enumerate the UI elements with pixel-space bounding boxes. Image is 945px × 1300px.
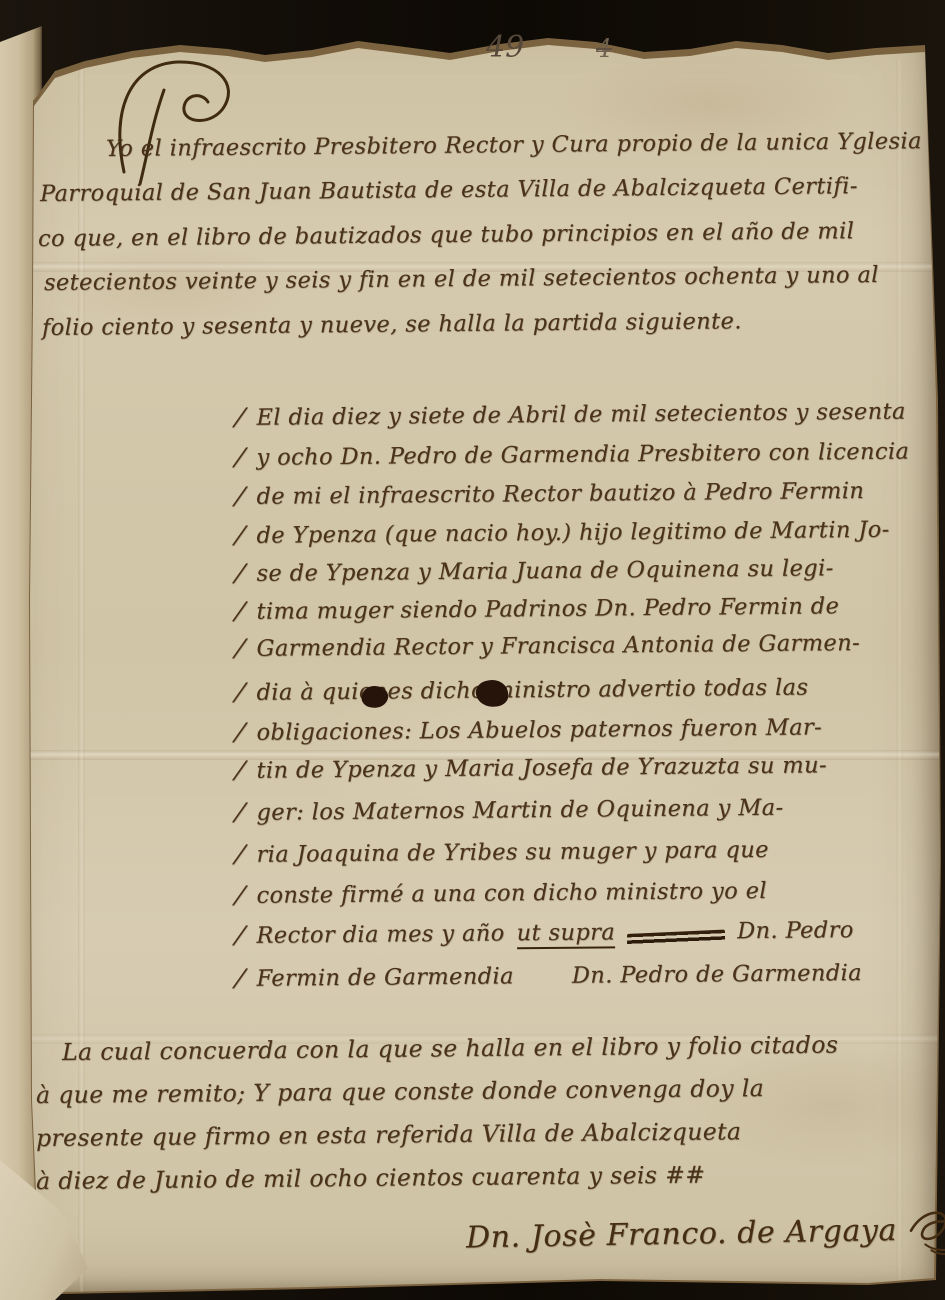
quote-mark: / — [233, 798, 247, 826]
entry-line: /tima muger siendo Padrinos Dn. Pedro Fe… — [236, 591, 840, 625]
entry-line-text: de Ypenza (que nacio hoy.) hijo legitimo… — [256, 517, 889, 549]
entry-line-text: tima muger siendo Padrinos Dn. Pedro Fer… — [256, 593, 839, 625]
entry-line: /se de Ypenza y Maria Juana de Oquinena … — [236, 553, 834, 587]
opening-flourish-paraph — [106, 52, 256, 187]
manuscript-photo: 49 4 Yo el infraescrito Presbitero Recto… — [0, 0, 945, 1300]
entry-line-text: Garmendia Rector y Francisca Antonia de … — [256, 630, 860, 662]
entry-line-text: de mi el infraescrito Rector bautizo à P… — [256, 478, 864, 510]
quote-mark: / — [233, 597, 247, 625]
entry-line: /dia à quienes dicho ministro advertio t… — [236, 673, 809, 706]
entry-signature-right: Dn. Pedro de Garmendia — [572, 960, 862, 989]
ut-supra-underlined: ut supra — [517, 919, 616, 949]
folio-number: 49 — [486, 30, 524, 65]
quote-mark: / — [233, 964, 247, 992]
quote-mark: / — [233, 482, 247, 510]
entry-line-text: tin de Ypenza y Maria Josefa de Yrazuzta… — [256, 752, 827, 783]
quote-mark: / — [233, 881, 247, 909]
entry-line-text: se de Ypenza y Maria Juana de Oquinena s… — [256, 555, 833, 587]
manuscript-line: folio ciento y sesenta y nueve, se halla… — [42, 308, 742, 341]
ink-scratch-dash — [627, 929, 725, 945]
entry-line-text: ger: los Maternos Martin de Oquinena y M… — [256, 795, 783, 826]
entry-line-text: y ocho Dn. Pedro de Garmendia Presbitero… — [256, 439, 909, 471]
quote-mark: / — [233, 921, 247, 949]
quote-mark: / — [233, 443, 247, 471]
entry-line-text: dia à quienes dicho ministro advertio to… — [256, 675, 808, 706]
entry-line-ut-supra: / Rector dia mes y año ut supra Dn. Pedr… — [236, 915, 854, 952]
entry-line-signatures: / Fermin de Garmendia Dn. Pedro de Garme… — [236, 958, 862, 992]
quote-mark: / — [233, 678, 247, 706]
manuscript-line: La cual concuerda con la que se halla en… — [62, 1031, 839, 1066]
entry-line-text: Rector dia mes y año — [256, 920, 504, 948]
entry-line: /y ocho Dn. Pedro de Garmendia Presbiter… — [236, 437, 910, 471]
entry-line-text: conste firmé a una con dicho ministro yo… — [256, 878, 767, 909]
manuscript-line: setecientos veinte y seis y fin en el de… — [44, 262, 879, 296]
entry-line: /conste firmé a una con dicho ministro y… — [236, 876, 767, 909]
manuscript-line: à que me remito; Y para que conste donde… — [36, 1074, 764, 1109]
entry-line: /de Ypenza (que nacio hoy.) hijo legitim… — [236, 515, 890, 549]
manuscript-line: co que, en el libro de bautizados que tu… — [38, 218, 855, 252]
entry-line: /El dia diez y siete de Abril de mil set… — [236, 397, 906, 431]
quote-mark: / — [233, 403, 247, 431]
entry-line: /ger: los Maternos Martin de Oquinena y … — [236, 793, 784, 826]
entry-line: /de mi el infraescrito Rector bautizo à … — [236, 476, 865, 510]
quote-mark: / — [233, 634, 247, 662]
entry-line: /obligaciones: Los Abuelos paternos fuer… — [236, 712, 822, 746]
quote-mark: / — [233, 718, 247, 746]
entry-line-text: El dia diez y siete de Abril de mil sete… — [256, 399, 906, 431]
signature-rubric-flourish — [904, 1200, 945, 1259]
crossed-page-number: 4 — [596, 34, 612, 63]
entry-line-text: ria Joaquina de Yribes su muger y para q… — [256, 837, 769, 868]
handwritten-text-layer: 49 4 Yo el infraescrito Presbitero Recto… — [0, 0, 945, 1300]
manuscript-line: presente que firmo en esta referida Vill… — [36, 1117, 742, 1152]
entry-line: /ria Joaquina de Yribes su muger y para … — [236, 835, 769, 868]
entry-line: /Garmendia Rector y Francisca Antonia de… — [236, 628, 860, 662]
quote-mark: / — [233, 559, 247, 587]
entry-line-text: Dn. Pedro — [737, 917, 854, 944]
signature-block: Dn. Josè Franco. de Argaya — [466, 1200, 945, 1267]
manuscript-line: à diez de Junio de mil ocho cientos cuar… — [36, 1161, 706, 1195]
entry-line: /tin de Ypenza y Maria Josefa de Yrazuzt… — [236, 750, 827, 784]
quote-mark: / — [233, 756, 247, 784]
entry-line-text: obligaciones: Los Abuelos paternos fuero… — [256, 714, 822, 745]
signature-name: Dn. Josè Franco. de Argaya — [466, 1212, 898, 1255]
entry-signature-left: Fermin de Garmendia — [256, 963, 514, 991]
quote-mark: / — [233, 840, 247, 868]
quote-mark: / — [233, 521, 247, 549]
